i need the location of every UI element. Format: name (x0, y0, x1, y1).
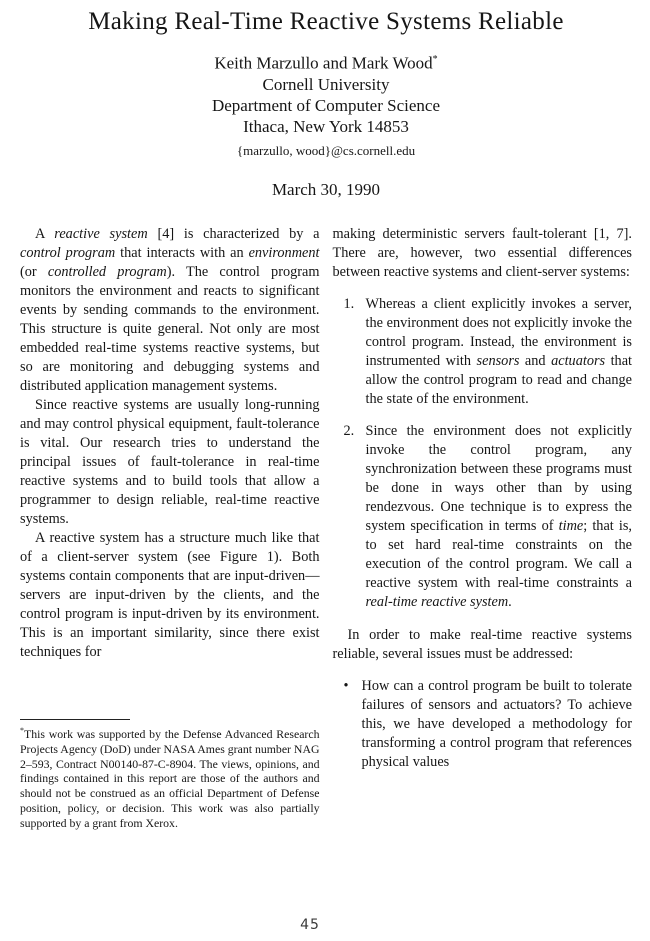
affiliation-department: Department of Computer Science (20, 95, 632, 116)
list-number: 2. (344, 422, 366, 612)
author-names-text: Keith Marzullo and Mark Wood (214, 54, 432, 73)
author-email: {marzullo, wood}@cs.cornell.edu (20, 140, 632, 161)
numbered-item-1: 1. Whereas a client explicitly invokes a… (333, 295, 633, 409)
right-column: making deterministic servers fault-toler… (333, 225, 633, 831)
footnote-text: *This work was supported by the Defense … (20, 724, 320, 831)
paragraph-issues: In order to make real-time reactive syst… (333, 626, 633, 664)
author-names: Keith Marzullo and Mark Wood* (20, 49, 632, 74)
numbered-item-2-text: Since the environment does not explicitl… (366, 422, 633, 612)
author-footnote-mark: * (433, 54, 438, 65)
paper-page: Making Real-Time Reactive Systems Reliab… (0, 0, 650, 941)
paragraph-fault-tolerance: Since reactive systems are usually long-… (20, 396, 320, 529)
affiliation-city: Ithaca, New York 14853 (20, 116, 632, 137)
bullet-item-1: • How can a control program be built to … (333, 677, 633, 772)
affiliation-university: Cornell University (20, 74, 632, 95)
list-number: 1. (344, 295, 366, 409)
paper-title: Making Real-Time Reactive Systems Reliab… (20, 8, 632, 36)
bullet-icon: • (344, 677, 362, 772)
body-columns: A reactive system [4] is characterized b… (20, 225, 632, 831)
author-block: Keith Marzullo and Mark Wood* Cornell Un… (20, 49, 632, 161)
paragraph-continuation: making deterministic servers fault-toler… (333, 225, 633, 282)
footnote-body: This work was supported by the Defense A… (20, 727, 320, 830)
bullet-item-1-text: How can a control program be built to to… (362, 677, 633, 772)
numbered-item-2: 2. Since the environment does not explic… (333, 422, 633, 612)
numbered-item-1-text: Whereas a client explicitly invokes a se… (366, 295, 633, 409)
paragraph-structure: A reactive system has a structure much l… (20, 529, 320, 662)
footnote-rule (20, 719, 130, 720)
left-column: A reactive system [4] is characterized b… (20, 225, 320, 831)
footnote: *This work was supported by the Defense … (20, 719, 320, 831)
paper-date: March 30, 1990 (20, 180, 632, 200)
page-number: 45 (0, 917, 620, 933)
paragraph-intro: A reactive system [4] is characterized b… (20, 225, 320, 396)
